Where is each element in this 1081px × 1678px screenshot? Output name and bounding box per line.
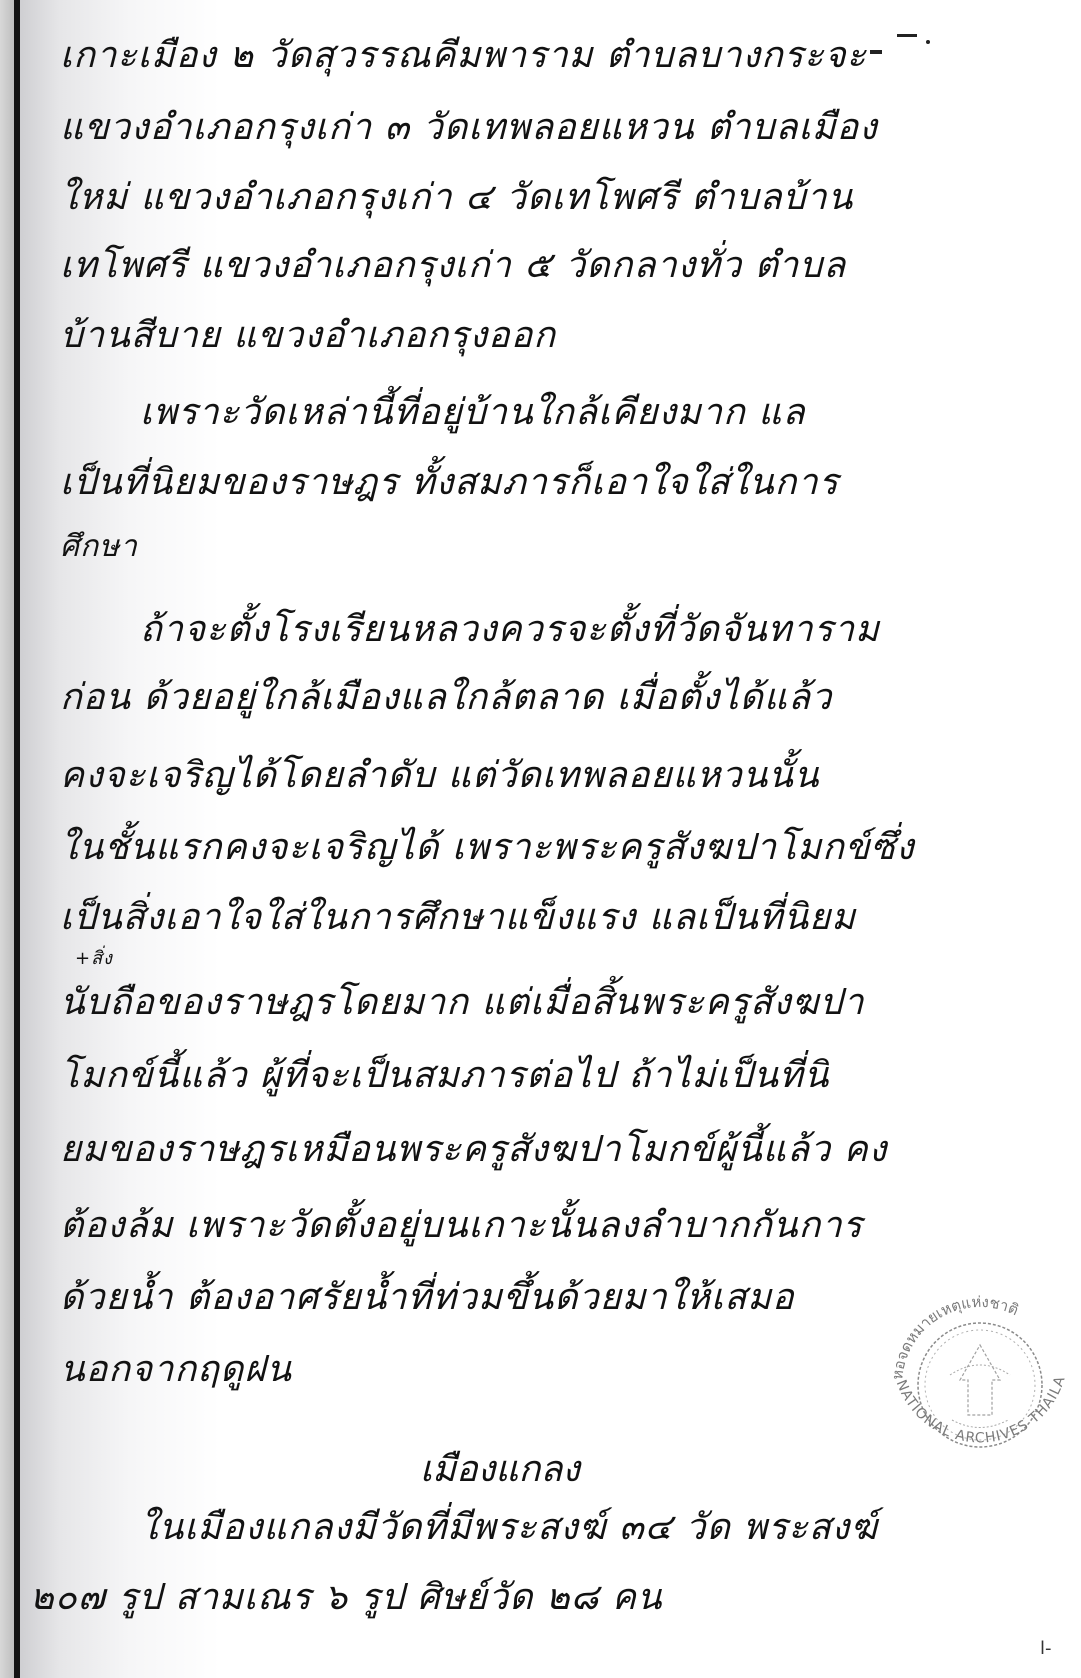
stamp-seal-icon: หอจดหมายเหตุแห่งชาติ NATIONAL ARCHIVES T…: [880, 1285, 1080, 1475]
page-mark: l-: [1040, 1638, 1052, 1659]
book-binding-edge: [0, 0, 14, 1678]
text-line-4: เทโพศรี แขวงอำเภอกรุงเก่า ๕ วัดกลางทั่ว …: [60, 248, 846, 284]
text-line-3: ใหม่ แขวงอำเภอกรุงเก่า ๔ วัดเทโพศรี ตำบล…: [60, 180, 853, 216]
text-line-13: เป็นสิ่งเอาใจใส่ในการศึกษาแข็งแรง แลเป็น…: [60, 900, 856, 936]
text-line-6: เพราะวัดเหล่านี้ที่อยู่บ้านใกล้เคียงมาก …: [140, 395, 806, 431]
svg-text:หอจดหมายเหตุแห่งชาติ: หอจดหมายเหตุแห่งชาติ: [888, 1293, 1021, 1381]
insertion-mark: +สิ่ง: [75, 950, 113, 968]
text-line-10: ก่อน ด้วยอยู่ใกล้เมืองแลใกล้ตลาด เมื่อตั…: [60, 680, 832, 716]
ink-speck: [926, 40, 930, 44]
text-line-9: ถ้าจะตั้งโรงเรียนหลวงควรจะตั้งที่วัดจันท…: [140, 612, 880, 648]
text-line-7: เป็นที่นิยมของราษฎร ทั้งสมภารก็เอาใจใส่ใ…: [60, 465, 839, 501]
text-line-17: ต้องล้ม เพราะวัดตั้งอยู่บนเกาะนั้นลงลำบา…: [60, 1208, 863, 1244]
text-line-2: แขวงอำเภอกรุงเก่า ๓ วัดเทพลอยแหวน ตำบลเม…: [60, 110, 878, 146]
text-line-14: นับถือของราษฎรโดยมาก แต่เมื่อสิ้นพระครูส…: [60, 985, 864, 1021]
text-line-16: ยมของราษฎรเหมือนพระครูสังฆปาโมกข์ผู้นี้แ…: [60, 1132, 887, 1168]
national-archives-stamp: หอจดหมายเหตุแห่งชาติ NATIONAL ARCHIVES T…: [880, 1285, 1080, 1475]
text-line-18: ด้วยน้ำ ต้องอาศรัยน้ำที่ท่วมขึ้นด้วยมาให…: [60, 1280, 795, 1316]
text-line-12: ในชั้นแรกคงจะเจริญได้ เพราะพระครูสังฆปาโ…: [60, 830, 915, 866]
section-line-1: ในเมืองแกลงมีวัดที่มีพระสงฆ์ ๓๔ วัด พระส…: [140, 1510, 878, 1546]
text-line-11: คงจะเจริญได้โดยลำดับ แต่วัดเทพลอยแหวนนั้…: [60, 758, 819, 794]
text-line-8: ศึกษา: [60, 532, 138, 562]
text-line-19: นอกจากฤดูฝน: [60, 1352, 292, 1388]
text-line-1: เกาะเมือง ๒ วัดสุวรรณคีมพาราม ตำบลบางกระ…: [60, 38, 867, 74]
ink-mark: [897, 34, 917, 37]
ink-mark: [870, 50, 882, 54]
section-heading: เมืองแกลง: [420, 1440, 580, 1497]
section-line-2: ๒๐๗ รูป สามเณร ๖ รูป ศิษย์วัด ๒๘ คน: [30, 1580, 663, 1616]
text-line-15: โมกข์นี้แล้ว ผู้ที่จะเป็นสมภารต่อไป ถ้าไ…: [60, 1058, 829, 1094]
text-line-5: บ้านสีบาย แขวงอำเภอกรุงออก: [60, 318, 556, 354]
